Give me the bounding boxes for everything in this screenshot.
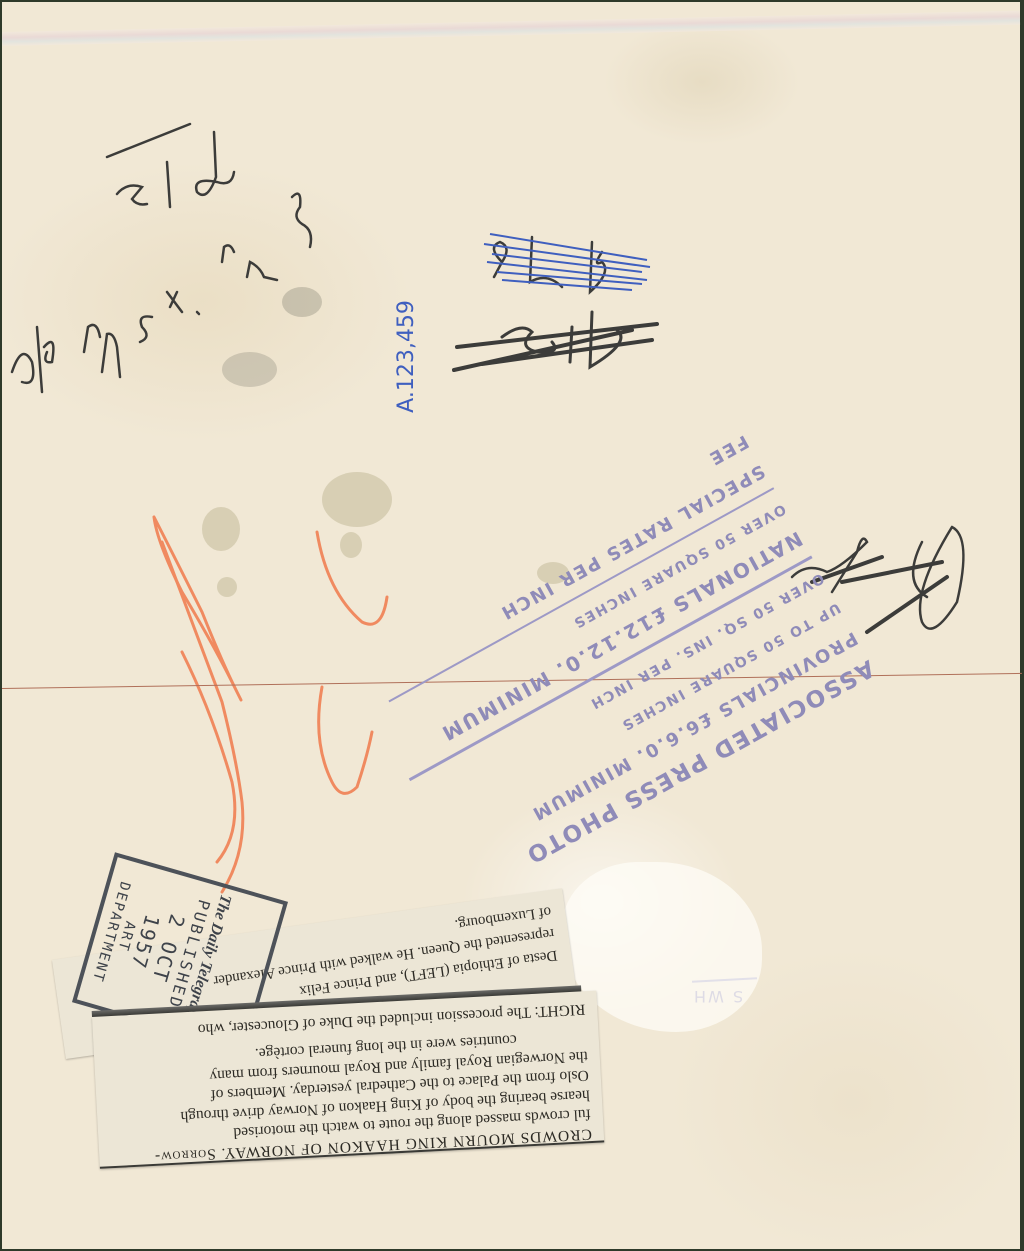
photo-back-sheet: A.123,459 ASSOCIATED PRESS PHOTO PROVINC (2, 2, 1020, 1249)
crossed-out-price-marks (442, 212, 672, 392)
top-faded-band (2, 11, 1020, 46)
associated-press-rate-stamp: ASSOCIATED PRESS PHOTO PROVINCIALS £6.6.… (302, 392, 802, 862)
pencil-notes-top-left (2, 102, 342, 402)
caption-clipping-main: CROWDS MOURN KING HAAKON OF NORWAY. Sorr… (92, 991, 604, 1169)
